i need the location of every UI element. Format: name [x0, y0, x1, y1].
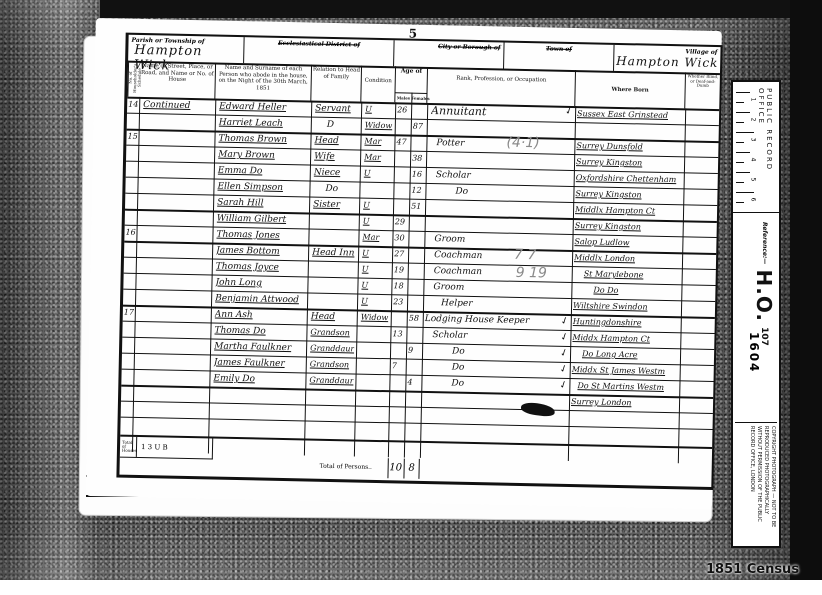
ecclesiastical-field: Ecclesiastical District of: [244, 37, 395, 66]
ruler-tick: [736, 202, 744, 203]
birthplace-cell: Do St Martins Westm: [577, 379, 677, 395]
piece-number: 1604: [747, 332, 761, 373]
ruler-tick: [736, 192, 754, 193]
city-field: City or Borough of: [394, 40, 505, 68]
col-condition: Condition: [361, 66, 396, 103]
ruler-tick: [736, 172, 750, 173]
birthplace-cell: Do Long Acre: [582, 347, 678, 363]
census-entries: 14 Continued Edward Heller Servant U 26 …: [120, 97, 719, 439]
condition-cell: U: [363, 215, 391, 230]
total-houses: Total of Houses 1 3 U B: [120, 437, 213, 460]
name-cell: John Long: [215, 276, 305, 292]
col-blind: Whether Blind, or Deaf-and-Dumb: [685, 72, 720, 109]
name-cell: Sarah Hill: [217, 196, 307, 212]
condition-cell: U: [361, 279, 389, 294]
birthplace-cell: Wiltshire Swindon: [573, 299, 679, 315]
relation-cell: Do: [325, 182, 355, 197]
occupation-cell: Do: [452, 361, 492, 376]
ruler-mark: 1: [749, 98, 756, 102]
parish-field: Parish or Township of Hampton Wick: [128, 35, 245, 63]
birthplace-cell: Surrey Kingston: [575, 187, 681, 203]
reference-code: H.O.: [752, 270, 776, 323]
total-persons-label: Total of Persons..: [320, 463, 372, 471]
village-field: Village of Hampton Wick: [614, 45, 721, 73]
total-houses-label: Total of Houses: [122, 437, 137, 457]
relation-cell: D: [327, 118, 357, 133]
ruler-tick: [736, 112, 750, 113]
census-form: 5 Parish or Township of Hampton Wick Ecc…: [116, 33, 722, 490]
ecclesiastical-label: Ecclesiastical District of: [278, 40, 360, 49]
ruler-mark: 3: [749, 138, 756, 142]
name-cell: Mary Brown: [218, 148, 308, 164]
name-cell: Thomas Joyce: [216, 260, 306, 276]
town-label: Town of: [546, 45, 572, 53]
schedule-number: 17: [124, 306, 135, 320]
col-street: Name of Street, Place, or Road, and Name…: [139, 61, 216, 99]
schedule-number: 15: [127, 130, 138, 144]
relation-cell: Niece: [314, 166, 358, 181]
ruler-tick: [736, 162, 744, 163]
age-female-cell: [413, 104, 427, 118]
name-cell: Ellen Simpson: [217, 180, 307, 196]
age-female-cell: 51: [411, 200, 425, 214]
name-cell: Thomas Brown: [218, 132, 308, 148]
condition-cell: Mar: [364, 135, 392, 150]
condition-cell: U: [365, 103, 393, 118]
occupation-cell: Groom: [433, 280, 513, 296]
ruler-tick: [736, 182, 744, 183]
birthplace-cell: Huntingdonshire: [573, 315, 679, 331]
relation-cell: Head Inn: [312, 246, 356, 261]
age-male-cell: [397, 119, 411, 133]
total-females: 8: [403, 459, 419, 479]
ruler-mark: 6: [749, 198, 756, 202]
col-birthplace: Where Born: [575, 70, 686, 108]
town-field: Town of: [504, 43, 615, 71]
scanner-shadow-top: [100, 0, 800, 18]
birthplace-cell: Salop Ludlow: [574, 235, 680, 251]
occupation-cell: Coachman: [434, 248, 514, 264]
col-occupation: Rank, Profession, or Occupation: [427, 67, 576, 106]
birthplace-cell: Sussex East Grinstead: [577, 107, 683, 123]
age-male-cell: 23: [393, 295, 407, 309]
condition-cell: U: [361, 295, 389, 310]
condition-cell: U: [364, 167, 392, 182]
col-schedule: No. of Householder's Schedule: [127, 61, 140, 97]
ruler-scale: 1 2 3 4 5 6 PUBLIC RECORD OFFICE: [733, 82, 779, 213]
birthplace-cell: Middlx Hampton Ct: [575, 203, 681, 219]
ruler-tick: [736, 92, 750, 93]
birthplace-cell: Middlx London: [574, 251, 680, 267]
ruler-tick: [736, 152, 750, 153]
name-cell: Martha Faulkner: [214, 340, 304, 356]
col-age-females: Females: [411, 93, 427, 103]
age-male-cell: 47: [396, 135, 410, 149]
occupation-cell: Do: [455, 185, 495, 200]
ruler-tick: [736, 132, 754, 133]
image-caption: 1851 Census: [706, 562, 799, 577]
birthplace-cell: [577, 123, 683, 139]
name-cell: Thomas Do: [214, 324, 304, 340]
copyright-notice: Copyright photograph — not to be reprodu…: [735, 422, 777, 537]
relation-cell: Granddaur: [309, 374, 353, 389]
name-cell: Emily Do: [213, 372, 303, 388]
ruler-mark: 4: [749, 158, 756, 162]
age-female-cell: 16: [412, 168, 426, 182]
occupation-cell: Potter: [436, 136, 516, 152]
census-page: 5 Parish or Township of Hampton Wick Ecc…: [86, 18, 722, 509]
page-number: 5: [409, 27, 418, 41]
relation-cell: Sister: [313, 198, 357, 213]
reference-ruler: 1 2 3 4 5 6 PUBLIC RECORD OFFICE Referen…: [731, 80, 781, 548]
scanner-shadow-right: [790, 0, 822, 580]
village-value: Hampton Wick: [616, 54, 719, 70]
age-female-cell: 58: [409, 312, 423, 326]
street-cell: Continued: [143, 98, 213, 113]
col-age-males: Males: [395, 92, 412, 102]
relation-cell: Grandson: [310, 358, 354, 373]
occupation-cell: Do: [451, 377, 491, 392]
age-male-cell: 30: [394, 231, 408, 245]
birthplace-cell: Surrey Kingston: [575, 219, 681, 235]
name-cell: William Gilbert: [217, 212, 307, 228]
birthplace-cell: Surrey London: [571, 395, 677, 411]
relation-cell: Servant: [315, 102, 359, 117]
birthplace-cell: Surrey Dunsfold: [576, 139, 682, 155]
reference-label: Reference:—: [761, 222, 768, 264]
age-male-cell: 7: [392, 359, 406, 373]
relation-cell: Granddaur: [310, 342, 354, 357]
occupation-cell: Coachman: [434, 264, 514, 280]
ruler-tick: [736, 142, 744, 143]
condition-cell: U: [363, 199, 391, 214]
col-age: Age of Males Females: [395, 66, 428, 103]
relation-cell: Head: [311, 310, 355, 325]
name-cell: Ann Ash: [215, 308, 305, 324]
age-male-cell: 19: [394, 263, 408, 277]
birthplace-cell: Do Do: [593, 283, 679, 299]
condition-cell: U: [362, 247, 390, 262]
age-female-cell: 4: [407, 376, 421, 390]
age-male-cell: 26: [397, 103, 411, 117]
total-males: 10: [387, 458, 402, 478]
birthplace-cell: Middx Hampton Ct: [572, 331, 678, 347]
condition-cell: U: [362, 263, 390, 278]
name-cell: Edward Heller: [219, 100, 309, 116]
total-houses-value: 1 3 U B: [141, 443, 168, 452]
birthplace-cell: St Marylebone: [584, 267, 680, 283]
caption-strip: [0, 580, 822, 595]
pencil-annotation: 9 19: [516, 265, 548, 282]
schedule-number: [128, 114, 139, 128]
col-name: Name and Surname of each Person who abod…: [215, 63, 312, 101]
age-female-cell: [412, 136, 426, 150]
schedule-number: 14: [128, 98, 139, 112]
condition-cell: Widow: [365, 119, 393, 134]
occupation-cell: Groom: [434, 232, 514, 248]
birthplace-cell: Surrey Kingston: [576, 155, 682, 171]
ruler-tick: [736, 102, 744, 103]
occupation-cell: Lodging House Keeper: [425, 312, 565, 329]
age-male-cell: 29: [395, 215, 409, 229]
name-cell: Thomas Jones: [216, 228, 306, 244]
occupation-cell: Helper: [441, 296, 501, 311]
condition-cell: Mar: [364, 151, 392, 166]
ruler-tick: [736, 122, 744, 123]
birthplace-cell: Oxfordshire Chettenham: [576, 171, 682, 187]
city-label: City or Borough of: [438, 43, 501, 51]
occupation-cell: Do: [452, 345, 492, 360]
pencil-annotation: (4·1): [506, 135, 540, 152]
condition-cell: Mar: [362, 231, 390, 246]
name-cell: James Faulkner: [214, 356, 304, 372]
condition-cell: Widow: [361, 311, 389, 326]
name-cell: Emma Do: [218, 164, 308, 180]
occupation-cell: Scholar: [432, 328, 512, 344]
occupation-cell: Annuitant: [431, 104, 571, 121]
schedule-number: 16: [125, 226, 136, 240]
ruler-mark: 2: [749, 118, 756, 122]
age-female-cell: 12: [411, 184, 425, 198]
relation-cell: Wife: [314, 150, 358, 165]
age-male-cell: 18: [393, 279, 407, 293]
col-relation: Relation to Head of Family: [311, 65, 362, 102]
birthplace-cell: Middx St James Westm: [572, 363, 678, 379]
age-male-cell: 27: [394, 247, 408, 261]
pencil-annotation: 7 7: [514, 247, 537, 263]
name-cell: Harriet Leach: [219, 116, 309, 132]
occupation-cell: Scholar: [436, 168, 516, 184]
age-male-cell: 13: [392, 327, 406, 341]
age-female-cell: 38: [412, 152, 426, 166]
name-cell: James Bottom: [216, 244, 306, 260]
relation-cell: Head: [314, 134, 358, 149]
ruler-mark: 5: [749, 178, 756, 182]
ruler-office-label: PUBLIC RECORD OFFICE: [759, 88, 773, 208]
age-female-cell: 9: [408, 344, 422, 358]
relation-cell: Grandson: [310, 326, 354, 341]
age-female-cell: 87: [413, 120, 427, 134]
col-age-label: Age of: [401, 67, 422, 74]
name-cell: Benjamin Attwood: [215, 292, 305, 308]
